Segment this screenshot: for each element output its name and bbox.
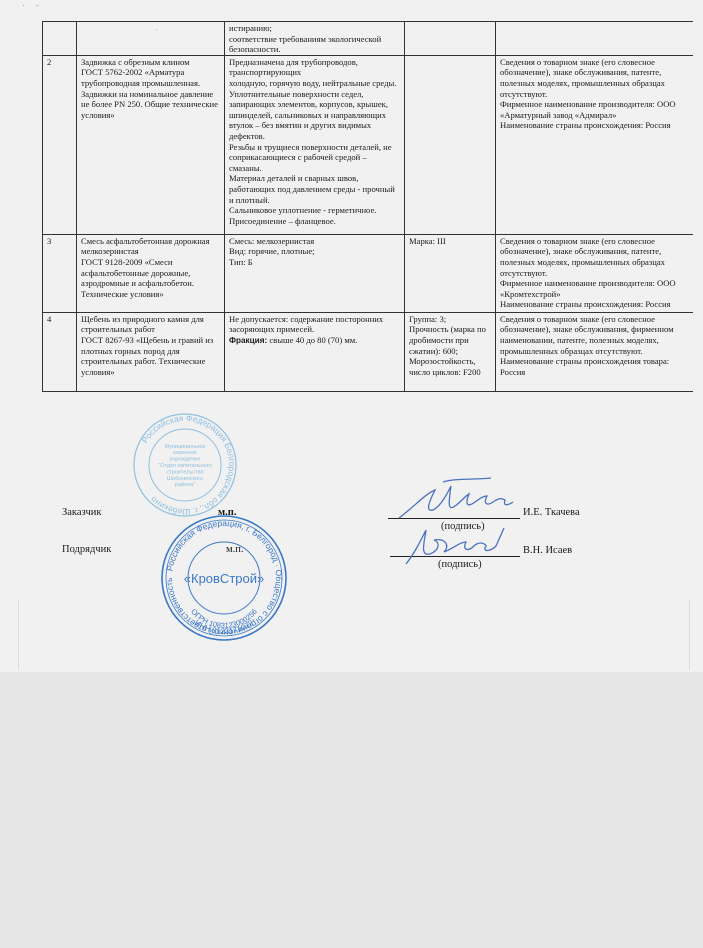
contractor-label: Подрядчик (62, 544, 111, 555)
product-info: Сведения о товарном знаке (его словесное… (496, 234, 694, 312)
product-info: Сведения о товарном знаке (его словесное… (496, 55, 694, 234)
product-values (405, 22, 496, 56)
product-name (77, 22, 225, 56)
product-requirements: истиранию; соответствие требованиям экол… (225, 22, 405, 56)
table-row: 2 Задвижка с обрезным клином ГОСТ 5762-2… (43, 55, 694, 234)
customer-stamp-center-line: казенное (173, 450, 196, 456)
contractor-name: В.Н. Исаев (523, 545, 572, 556)
product-requirements: Предназначена для трубопроводов, транспо… (225, 55, 405, 234)
customer-signature (395, 476, 525, 526)
requirements-text: Не допускается: содержание посторонних з… (229, 314, 383, 335)
table-row: 3 Смесь асфальтобетонная дорожная мелкоз… (43, 234, 694, 312)
scan-specks: ˙ ˉ (22, 4, 43, 15)
product-values: Группа: 3; Прочность (марка по дробимост… (405, 312, 496, 391)
table-row: истиранию; соответствие требованиям экол… (43, 22, 694, 56)
customer-stamp-center-line: строительства (166, 469, 204, 475)
table-row: 4 Щебень из природного камня для строите… (43, 312, 694, 391)
customer-stamp: Российская Федерация Белгородская обл., … (132, 412, 238, 518)
product-values (405, 55, 496, 234)
customer-label: Заказчик (62, 507, 101, 518)
row-number: 3 (43, 234, 77, 312)
row-number (43, 22, 77, 56)
row-number: 4 (43, 312, 77, 391)
customer-seal-mark: м.п. (218, 507, 236, 518)
contractor-stamp-name: «КровСтрой» (184, 571, 264, 586)
customer-stamp-center-line: учреждение (170, 457, 201, 463)
customer-stamp-center-line: района" (175, 481, 195, 488)
customer-stamp-center-line: "Отдел капитального (158, 463, 212, 469)
customer-name: И.Е. Ткачева (523, 507, 580, 518)
product-info: Сведения о товарном знаке (его словесное… (496, 312, 694, 391)
contractor-stamp: Российская Федерация, г. Белгород · Обще… (160, 514, 288, 642)
product-requirements: Не допускается: содержание посторонних з… (225, 312, 405, 391)
product-values: Марка: III (405, 234, 496, 312)
contractor-signature (400, 520, 510, 570)
scan-dot: ˙ (155, 28, 158, 37)
customer-stamp-center-line: Муниципальное (165, 444, 206, 450)
contractor-seal-mark: м.п. (226, 544, 244, 555)
product-requirements: Смесь: мелкозернистая Вид: горячие, плот… (225, 234, 405, 312)
product-info (496, 22, 694, 56)
specification-table: истиранию; соответствие требованиям экол… (42, 21, 693, 392)
product-name: Щебень из природного камня для строитель… (77, 312, 225, 391)
fraction-value: свыше 40 до 80 (70) мм. (267, 335, 357, 345)
customer-stamp-center-line: Шебекинского (167, 476, 203, 482)
row-number: 2 (43, 55, 77, 234)
fraction-label: Фракция: (229, 336, 267, 345)
page-edge (18, 600, 690, 670)
scanned-page: ˙ ˉ истиранию; соответствие требованиям … (0, 0, 703, 672)
product-name: Смесь асфальтобетонная дорожная мелкозер… (77, 234, 225, 312)
product-name: Задвижка с обрезным клином ГОСТ 5762-200… (77, 55, 225, 234)
